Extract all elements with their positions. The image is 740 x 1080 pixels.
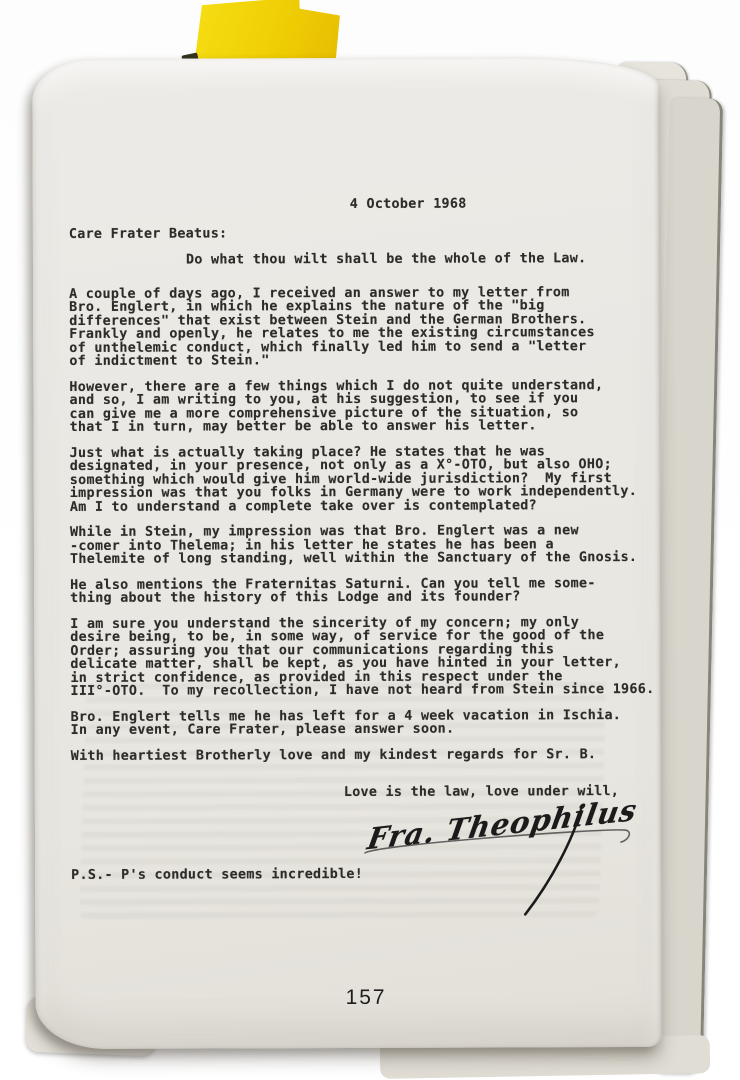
letter-paragraph: However, there are a few things which I …	[69, 378, 649, 434]
postscript: P.S.- P's conduct seems incredible!	[71, 866, 651, 882]
thelemic-opening-line: Do what thou wilt shall be the whole of …	[186, 252, 649, 267]
signature-name: Fra. Theophilus	[367, 804, 638, 847]
letter-paragraph: Just what is actually taking place? He s…	[70, 444, 650, 514]
letter-paragraph: With heartiest Brotherly love and my kin…	[71, 747, 651, 763]
letter-salutation: Care Frater Beatus:	[69, 225, 649, 241]
scanned-letter-photo: 4 October 1968 Care Frater Beatus: Do wh…	[0, 0, 740, 1080]
letter-paragraph: I am sure you understand the sincerity o…	[70, 615, 650, 698]
letter-paragraph: While in Stein, my impression was that B…	[70, 524, 650, 567]
letter-paragraph: Bro. Englert tells me he has left for a …	[71, 708, 651, 737]
letter-date: 4 October 1968	[350, 197, 649, 212]
printed-page-number: 157	[346, 986, 387, 1010]
letter-paragraph: A couple of days ago, I received an answ…	[69, 285, 649, 368]
typewritten-letter: 4 October 1968 Care Frater Beatus: Do wh…	[69, 197, 651, 882]
letter-paragraph: He also mentions the Fraternitas Saturni…	[70, 576, 650, 605]
letter-page: 4 October 1968 Care Frater Beatus: Do wh…	[32, 57, 661, 1049]
thelemic-closing-line: Love is the law, love under will,	[344, 785, 651, 800]
